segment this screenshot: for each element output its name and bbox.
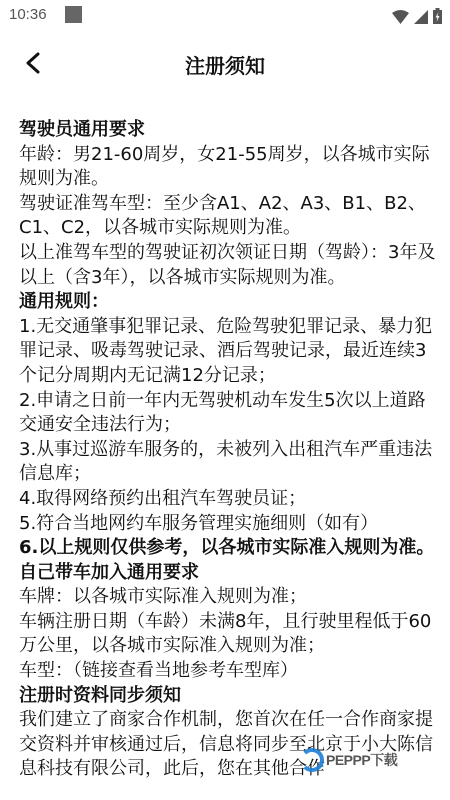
driving-experience-requirement: 以上准驾车型的驾驶证初次领证日期（驾龄）：3年及以上（含3年），以各城市实际规则… [19,241,438,290]
watermark-text: PEPPP下载 [326,750,397,770]
status-icons [392,8,442,28]
section-heading-own-vehicle: 自己带车加入通用要求 [19,561,438,586]
watermark: PEPPP下载 [300,748,397,772]
vehicle-model-requirement[interactable]: 车型：（链接查看当地参考车型库） [19,659,438,684]
vehicle-age-requirement: 车辆注册日期（车龄）未满8年，且行驶里程低于60万公里，以各城市实际准入规则为准… [19,610,438,659]
watermark-logo-icon [300,748,324,772]
rule-item-2: 2.申请之日前一年内无驾驶机动车发生5次以上道路交通安全违法行为； [19,389,438,438]
rule-item-4: 4.取得网络预约出租汽车驾驶员证； [19,487,438,512]
section-heading-driver-requirements: 驾驶员通用要求 [19,118,438,143]
license-type-requirement: 驾驶证准驾车型：至少含A1、A2、A3、B1、B2、C1、C2，以各城市实际规则… [19,192,438,241]
age-requirement: 年龄：男21-60周岁，女21-55周岁，以各城市实际规则为准。 [19,143,438,192]
rule-item-6: 6.以上规则仅供参考，以各城市实际准入规则为准。 [19,536,438,561]
notice-content: 驾驶员通用要求 年龄：男21-60周岁，女21-55周岁，以各城市实际规则为准。… [19,118,438,782]
page-title: 注册须知 [0,50,450,79]
wifi-icon [392,9,409,28]
header: 注册须知 [0,32,450,94]
rule-item-5: 5.符合当地网约车服务管理实施细则（如有） [19,512,438,537]
plate-requirement: 车牌：以各城市实际准入规则为准； [19,585,438,610]
section-heading-data-sync: 注册时资料同步须知 [19,684,438,709]
notification-icon [65,6,82,23]
rule-item-3: 3.从事过巡游车服务的，未被列入出租汽车严重违法信息库； [19,438,438,487]
cellular-signal-icon [414,9,428,28]
status-bar: 10:36 [0,0,450,32]
status-time: 10:36 [9,6,47,23]
rule-item-1: 1.无交通肇事犯罪记录、危险驾驶犯罪记录、暴力犯罪记录、吸毒驾驶记录、酒后驾驶记… [19,315,438,389]
section-heading-general-rules: 通用规则： [19,290,438,315]
battery-charging-icon [433,8,442,28]
